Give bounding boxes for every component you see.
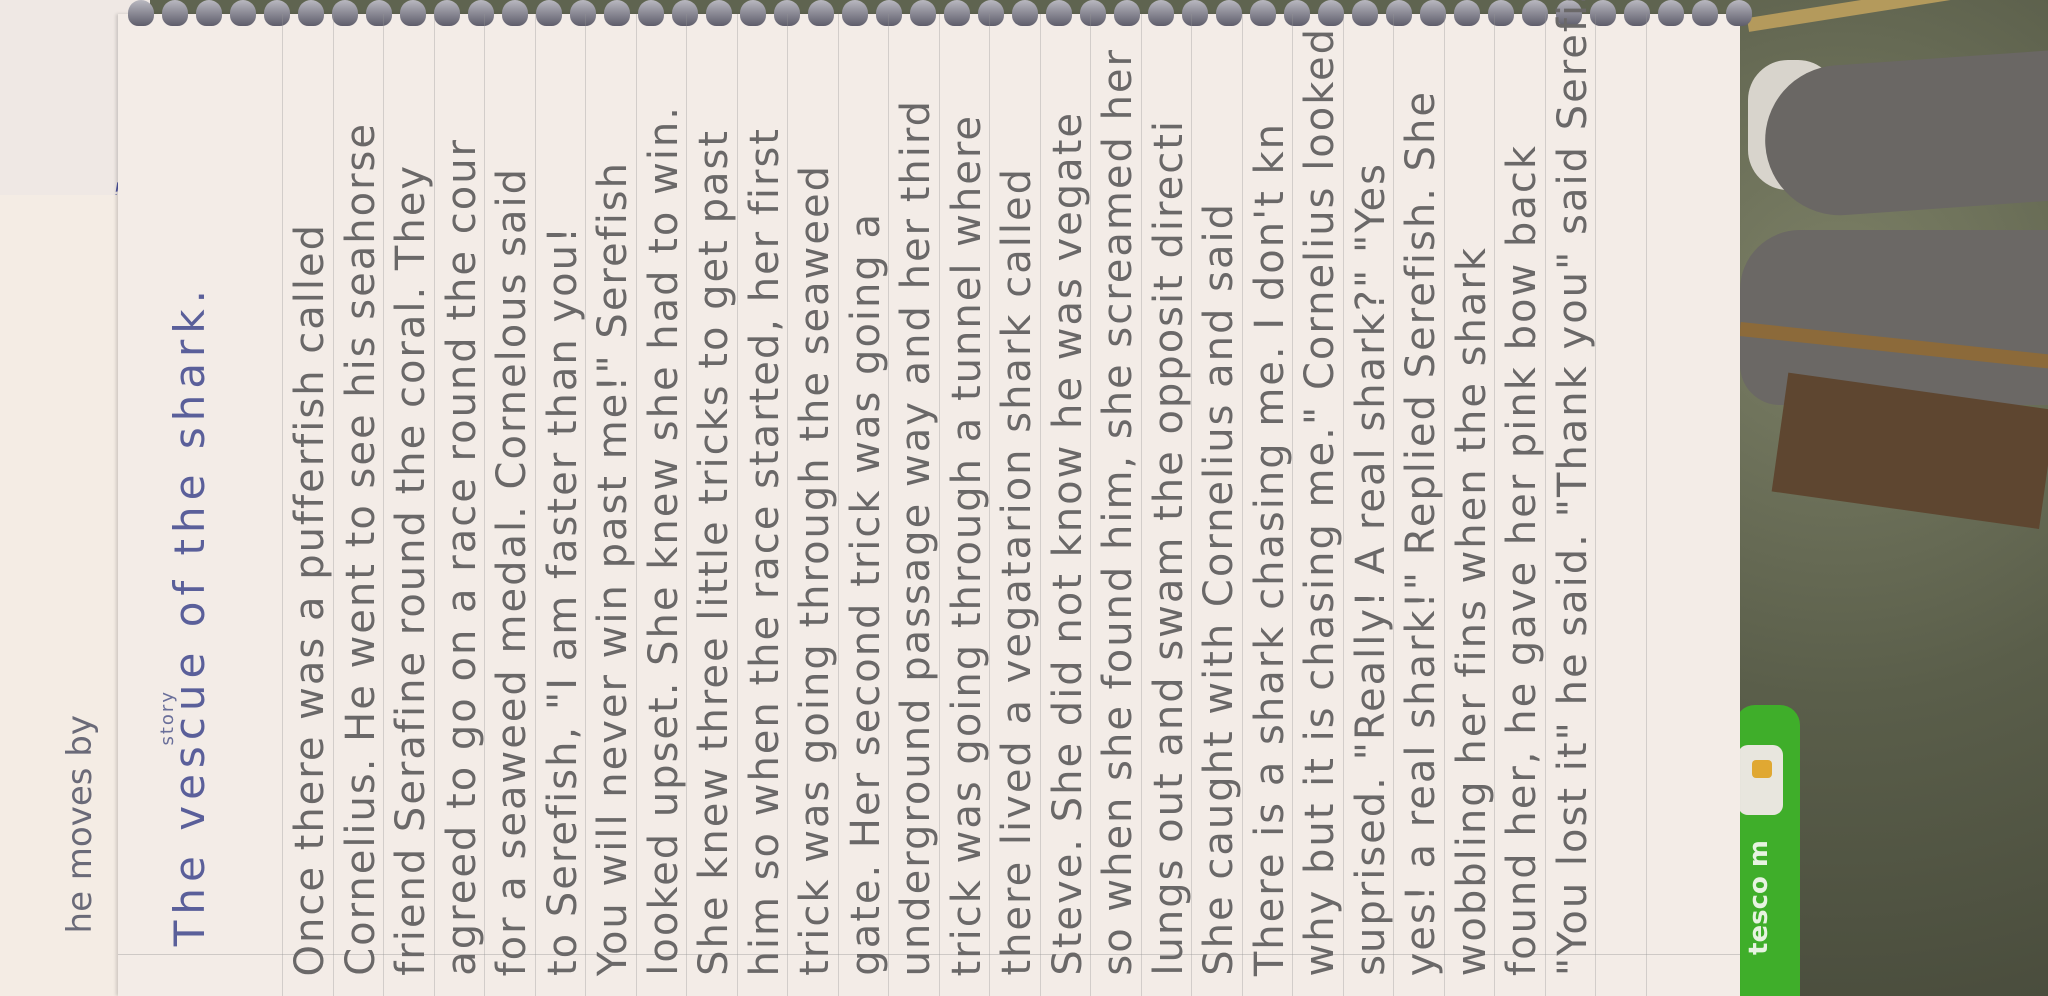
story-line: gate. Her second trick was going a xyxy=(846,212,886,976)
spiral-coil xyxy=(808,0,834,26)
spiral-coil xyxy=(1250,0,1276,26)
spiral-coil xyxy=(1454,0,1480,26)
spiral-coil xyxy=(876,0,902,26)
spiral-coil xyxy=(638,0,664,26)
background-paper-bottom: he moves by xyxy=(0,195,125,996)
story-line: trick was going through the seaweed xyxy=(795,164,835,976)
spiral-coil xyxy=(366,0,392,26)
story-line: friend Serafine round the coral. They xyxy=(391,164,431,976)
story-line: She caught with Cornelius and said xyxy=(1199,202,1239,976)
story-line: why but it is chasing me." Cornelius loo… xyxy=(1300,27,1340,976)
spiral-coil xyxy=(570,0,596,26)
story-line: looked upset. She knew she had to win. xyxy=(644,105,684,976)
ruled-line xyxy=(1646,14,1647,996)
trouser-leg-upper xyxy=(1760,50,2048,221)
spiral-coil xyxy=(1148,0,1174,26)
spiral-coil xyxy=(910,0,936,26)
spiral-coil xyxy=(264,0,290,26)
bag-logo-panel xyxy=(1738,745,1783,815)
spiral-coil xyxy=(604,0,630,26)
spiral-coil xyxy=(434,0,460,26)
spiral-coil xyxy=(1284,0,1310,26)
story-line: Cornelius. He went to see his seahorse xyxy=(341,122,381,976)
spiral-coil xyxy=(298,0,324,26)
spiral-coil xyxy=(706,0,732,26)
spiral-coil xyxy=(230,0,256,26)
story-line: trick was going through a tunnel where xyxy=(947,114,987,976)
spiral-coil xyxy=(1182,0,1208,26)
spiral-coil xyxy=(978,0,1004,26)
story-line: She knew three little tricks to get past xyxy=(694,129,734,976)
spiral-coil xyxy=(672,0,698,26)
spiral-coil xyxy=(536,0,562,26)
spiral-coil xyxy=(1216,0,1242,26)
bag-text: tesco m xyxy=(1744,840,1774,955)
spiral-coil xyxy=(1046,0,1072,26)
spiral-coil xyxy=(196,0,222,26)
story-line: You will never win past me!" Serefish xyxy=(593,161,633,976)
trouser-leg-lower xyxy=(1740,230,2048,405)
spiral-coil xyxy=(162,0,188,26)
spiral-binding xyxy=(118,0,1740,30)
story-line: for a seaweed medal. Cornelous said xyxy=(492,167,532,976)
story-line: Once there was a pufferfish called xyxy=(290,223,330,977)
ruled-line xyxy=(282,14,283,996)
spiral-coil xyxy=(1012,0,1038,26)
story-line: suprised. "Really! A real shark?" "Yes xyxy=(1351,162,1391,976)
spiral-coil xyxy=(1658,0,1684,26)
story-line: wobbling her fins when the shark xyxy=(1452,246,1492,976)
spiral-coil xyxy=(1488,0,1514,26)
spiral-coil xyxy=(332,0,358,26)
spiral-coil xyxy=(1080,0,1106,26)
spiral-coil xyxy=(1352,0,1378,26)
story-line: yes! a real shark!" Replied Serefish. Sh… xyxy=(1401,90,1441,976)
spiral-coil xyxy=(502,0,528,26)
spiral-coil xyxy=(1386,0,1412,26)
story-line: There is a shark chasing me. I don't kn xyxy=(1250,122,1290,976)
spiral-coil xyxy=(1114,0,1140,26)
spiral-coil xyxy=(1692,0,1718,26)
story-line: underground passage way and her third xyxy=(896,99,936,976)
story-line: Steve. She did not know he was vegate xyxy=(1048,111,1088,976)
story-line: him so when the race started, her first xyxy=(745,127,785,976)
spiral-coil xyxy=(842,0,868,26)
spiral-coil xyxy=(944,0,970,26)
spiral-coil xyxy=(1420,0,1446,26)
spiral-coil xyxy=(128,0,154,26)
spiral-coil xyxy=(400,0,426,26)
story-line: "You lost it" he said. "Thank you" said … xyxy=(1553,0,1593,976)
story-title: The vescue of the shark. xyxy=(170,284,210,946)
story-line: there lived a vegatarion shark called xyxy=(997,167,1037,976)
spiral-coil xyxy=(1318,0,1344,26)
story-line: to Serefish, "I am faster than you! xyxy=(543,225,583,976)
story-line: lungs out and swam the opposit directi xyxy=(1149,119,1189,976)
spiral-coil xyxy=(1726,0,1752,26)
story-line: so when she found him, she screamed her xyxy=(1098,48,1138,976)
background-paper-bottom-text: he moves by xyxy=(60,715,100,933)
story-line: found her, he gave her pink bow back xyxy=(1502,144,1542,976)
bag-logo-icon xyxy=(1752,760,1772,778)
spiral-coil xyxy=(468,0,494,26)
story-line: agreed to go on a race round the cour xyxy=(442,138,482,976)
spiral-coil xyxy=(740,0,766,26)
